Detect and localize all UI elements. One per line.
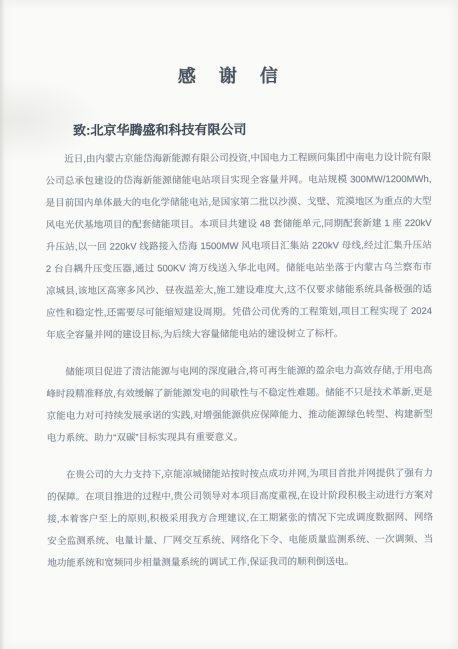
letter-body: 近日,由内蒙古京能岱海新能源有限公司投资,中国电力工程顾问集团中南电力设计院有限… — [45, 147, 433, 575]
letter-paragraph-3: 在贵公司的大力支持下,京能凉城储能站按时按点成功并网,为项目首批并网提供了强有力… — [47, 463, 434, 575]
letter-content: 感 谢 信 致:北京华腾盛和科技有限公司 近日,由内蒙古京能岱海新能源有限公司投… — [0, 0, 458, 590]
letter-paragraph-1: 近日,由内蒙古京能岱海新能源有限公司投资,中国电力工程顾问集团中南电力设计院有限… — [45, 147, 432, 347]
letter-paragraph-2: 储能项目促进了清洁能源与电网的深度融合,将可再生能源的盈余电力高效存储,于用电高… — [46, 360, 432, 450]
scanned-letter-page: 感 谢 信 致:北京华腾盛和科技有限公司 近日,由内蒙古京能岱海新能源有限公司投… — [0, 0, 458, 649]
letter-title: 感 谢 信 — [0, 0, 457, 89]
letter-recipient: 致:北京华腾盛和科技有限公司 — [73, 118, 457, 139]
